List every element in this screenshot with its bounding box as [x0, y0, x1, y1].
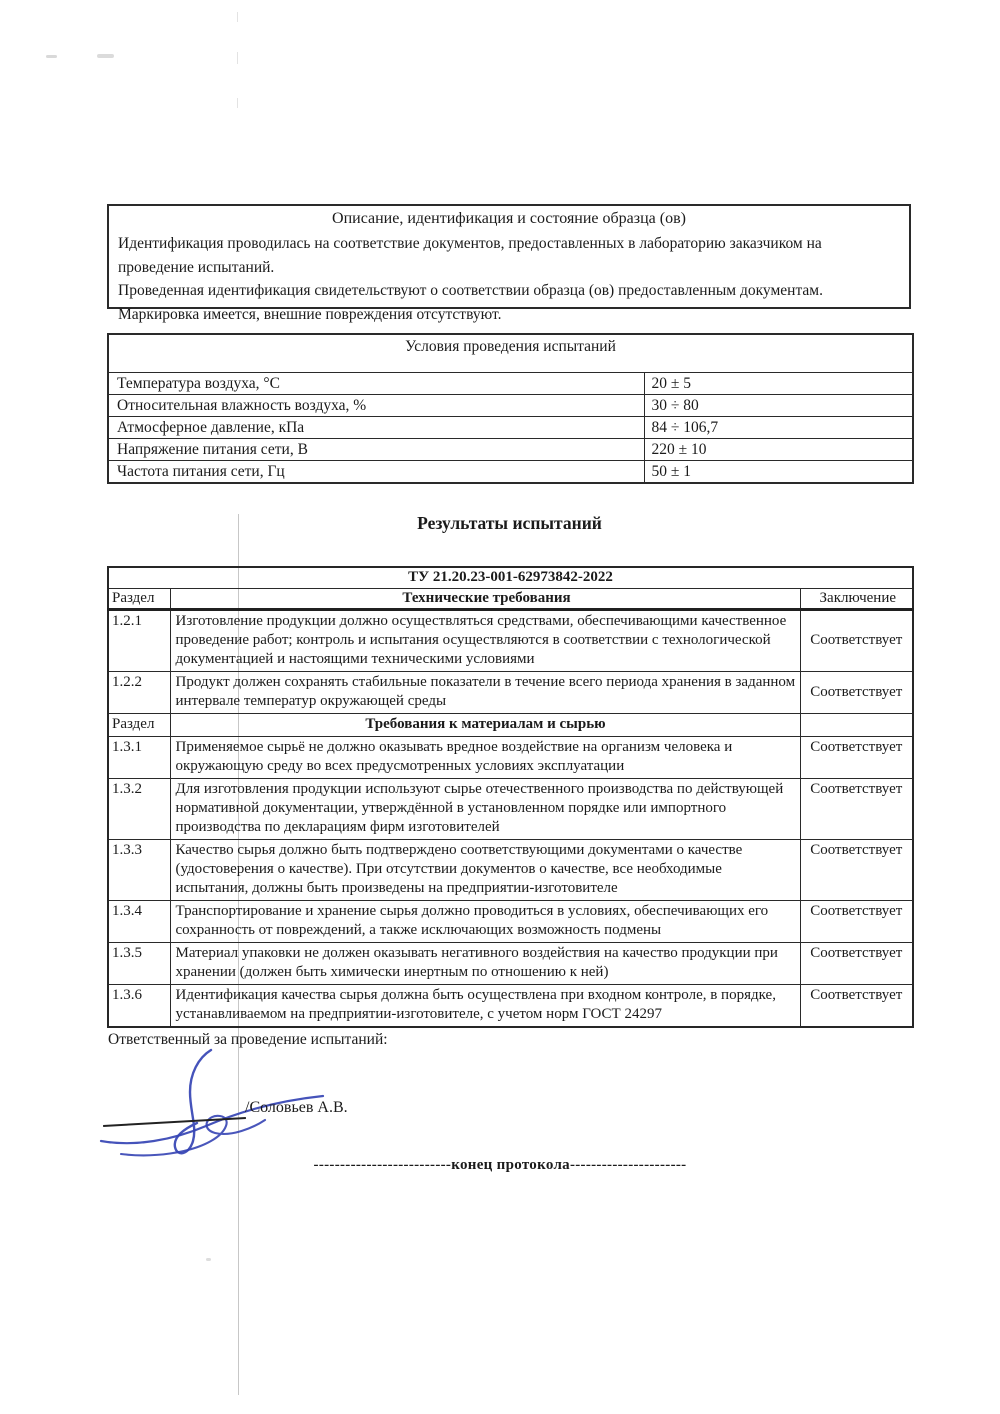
section-number: 1.2.2: [108, 672, 170, 714]
sample-description-box: Описание, идентификация и состояние обра…: [107, 204, 911, 309]
subsection-title: Требования к материалам и сырью: [170, 714, 800, 737]
description-box-title: Описание, идентификация и состояние обра…: [109, 209, 909, 229]
condition-value: 220 ± 10: [644, 439, 913, 461]
requirement-text: Качество сырья должно быть подтверждено …: [170, 840, 800, 901]
requirement-text: Изготовление продукции должно осуществля…: [170, 610, 800, 672]
conclusion-value: Соответствует: [800, 840, 913, 901]
condition-label: Температура воздуха, °С: [108, 373, 644, 395]
table-row: ТУ 21.20.23-001-62973842-2022: [108, 567, 913, 589]
requirement-text: Транспортирование и хранение сырья должн…: [170, 901, 800, 943]
table-row: Напряжение питания сети, В 220 ± 10: [108, 439, 913, 461]
conclusion-value: Соответствует: [800, 672, 913, 714]
table-row: Температура воздуха, °С 20 ± 5: [108, 373, 913, 395]
requirement-text: Продукт должен сохранять стабильные пока…: [170, 672, 800, 714]
fold-mark: [237, 52, 238, 64]
description-line: Маркировка имеется, внешние повреждения …: [118, 303, 900, 327]
condition-value: 30 ÷ 80: [644, 395, 913, 417]
description-line: Проведенная идентификация свидетельствую…: [118, 279, 900, 303]
table-header-row: Раздел Технические требования Заключение: [108, 589, 913, 610]
requirement-text: Для изготовления продукции используют сы…: [170, 779, 800, 840]
table-row: Относительная влажность воздуха, % 30 ÷ …: [108, 395, 913, 417]
table-row: Условия проведения испытаний: [108, 334, 913, 373]
table-row: Атмосферное давление, кПа 84 ÷ 106,7: [108, 417, 913, 439]
fold-mark: [237, 98, 238, 108]
conclusion-empty: [800, 714, 913, 737]
requirement-text: Применяемое сырьё не должно оказывать вр…: [170, 737, 800, 779]
table-row: 1.2.2 Продукт должен сохранять стабильны…: [108, 672, 913, 714]
description-line: Идентификация проводилась на соответстви…: [118, 232, 900, 256]
conclusion-value: Соответствует: [800, 985, 913, 1028]
section-number: 1.3.3: [108, 840, 170, 901]
section-number: 1.3.5: [108, 943, 170, 985]
scan-smudge: [97, 54, 114, 58]
description-line: проведение испытаний.: [118, 256, 900, 280]
condition-label: Напряжение питания сети, В: [108, 439, 644, 461]
table-row: 1.3.3 Качество сырья должно быть подтвер…: [108, 840, 913, 901]
section-number: 1.3.1: [108, 737, 170, 779]
test-results-table: ТУ 21.20.23-001-62973842-2022 Раздел Тех…: [107, 566, 914, 1028]
requirement-text: Идентификация качества сырья должна быть…: [170, 985, 800, 1028]
signature-name: /Соловьев А.В.: [245, 1099, 348, 1117]
section-number: 1.2.1: [108, 610, 170, 672]
condition-label: Частота питания сети, Гц: [108, 461, 644, 484]
conclusion-value: Соответствует: [800, 901, 913, 943]
table-row: 1.3.2 Для изготовления продукции использ…: [108, 779, 913, 840]
table-subheader-row: Раздел Требования к материалам и сырью: [108, 714, 913, 737]
column-header-requirements: Технические требования: [170, 589, 800, 610]
results-section-title: Результаты испытаний: [107, 513, 912, 534]
table-row: 1.3.6 Идентификация качества сырья должн…: [108, 985, 913, 1028]
conclusion-value: Соответствует: [800, 610, 913, 672]
document-page: Описание, идентификация и состояние обра…: [0, 0, 1000, 1414]
section-number: 1.3.6: [108, 985, 170, 1028]
condition-value: 20 ± 5: [644, 373, 913, 395]
conditions-table-title: Условия проведения испытаний: [108, 334, 913, 373]
section-label: Раздел: [108, 714, 170, 737]
condition-value: 84 ÷ 106,7: [644, 417, 913, 439]
scan-smudge: [46, 55, 57, 58]
table-row: 1.2.1 Изготовление продукции должно осущ…: [108, 610, 913, 672]
fold-mark: [237, 12, 238, 22]
condition-label: Атмосферное давление, кПа: [108, 417, 644, 439]
conclusion-value: Соответствует: [800, 943, 913, 985]
column-header-section: Раздел: [108, 589, 170, 610]
end-of-protocol-line: --------------------------конец протокол…: [0, 1157, 1000, 1174]
conclusion-value: Соответствует: [800, 737, 913, 779]
scan-smudge: [206, 1258, 211, 1261]
requirement-text: Материал упаковки не должен оказывать не…: [170, 943, 800, 985]
table-row: 1.3.1 Применяемое сырьё не должно оказыв…: [108, 737, 913, 779]
section-number: 1.3.4: [108, 901, 170, 943]
conclusion-value: Соответствует: [800, 779, 913, 840]
test-conditions-table: Условия проведения испытаний Температура…: [107, 333, 914, 484]
section-number: 1.3.2: [108, 779, 170, 840]
table-row: 1.3.5 Материал упаковки не должен оказыв…: [108, 943, 913, 985]
table-row: Частота питания сети, Гц 50 ± 1: [108, 461, 913, 484]
condition-value: 50 ± 1: [644, 461, 913, 484]
column-header-conclusion: Заключение: [800, 589, 913, 610]
table-row: 1.3.4 Транспортирование и хранение сырья…: [108, 901, 913, 943]
condition-label: Относительная влажность воздуха, %: [108, 395, 644, 417]
standard-number: ТУ 21.20.23-001-62973842-2022: [108, 567, 913, 589]
